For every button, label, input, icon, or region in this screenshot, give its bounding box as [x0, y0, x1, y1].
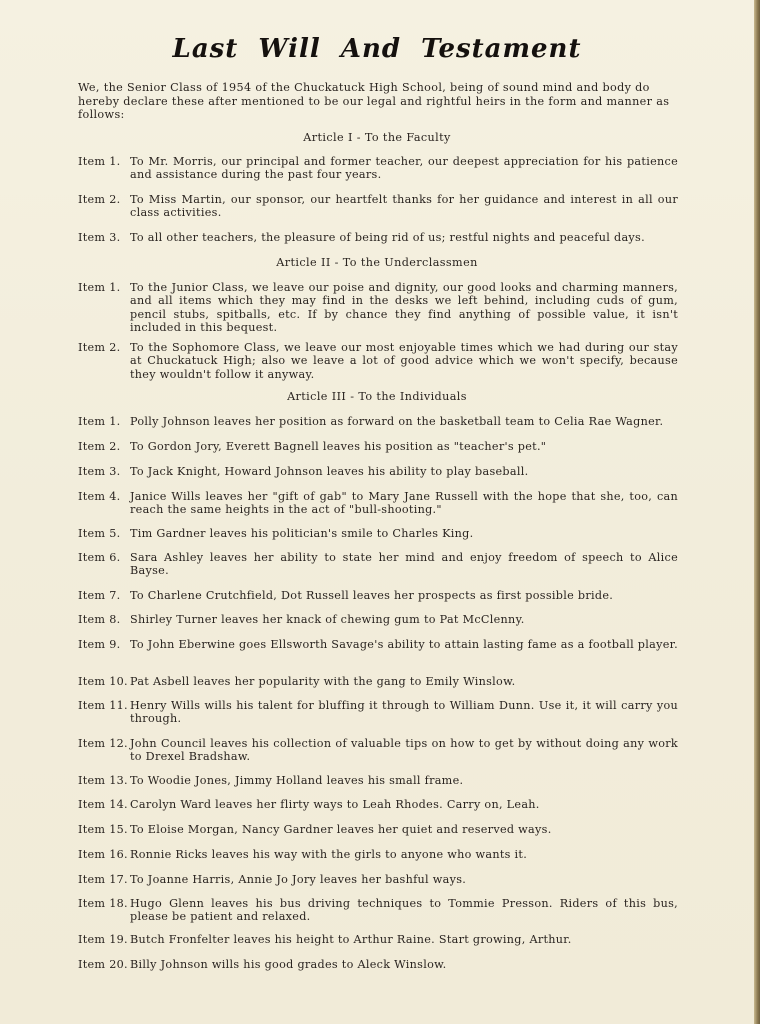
list-item: Item 15. To Eloise Morgan, Nancy Gardner… [78, 823, 678, 836]
item-text: To the Junior Class, we leave our poise … [130, 281, 678, 335]
item-text: Ronnie Ricks leaves his way with the gir… [130, 848, 678, 861]
page-title: Last Will And Testament [0, 34, 754, 64]
item-label: Item 13. [78, 774, 130, 787]
item-label: Item 20. [78, 958, 130, 971]
item-text: To Miss Martin, our sponsor, our heartfe… [130, 193, 678, 220]
item-label: Item 2. [78, 440, 130, 453]
list-item: Item 11. Henry Wills wills his talent fo… [78, 699, 678, 726]
item-text: Billy Johnson wills his good grades to A… [130, 958, 678, 971]
item-label: Item 11. [78, 699, 130, 726]
list-item: Item 13. To Woodie Jones, Jimmy Holland … [78, 774, 678, 787]
item-text: Janice Wills leaves her "gift of gab" to… [130, 490, 678, 517]
item-label: Item 10. [78, 675, 130, 688]
item-label: Item 3. [78, 465, 130, 478]
item-text: To Charlene Crutchfield, Dot Russell lea… [130, 589, 678, 602]
list-item: Item 1. To the Junior Class, we leave ou… [78, 281, 678, 335]
list-item: Item 7. To Charlene Crutchfield, Dot Rus… [78, 589, 678, 602]
item-label: Item 5. [78, 527, 130, 540]
item-text: John Council leaves his collection of va… [130, 737, 678, 764]
item-label: Item 2. [78, 341, 130, 381]
item-label: Item 7. [78, 589, 130, 602]
list-item: Item 2. To Miss Martin, our sponsor, our… [78, 193, 678, 220]
item-text: To Gordon Jory, Everett Bagnell leaves h… [130, 440, 678, 453]
list-item: Item 10. Pat Asbell leaves her popularit… [78, 675, 678, 688]
item-text: Sara Ashley leaves her ability to state … [130, 551, 678, 578]
list-item: Item 1. Polly Johnson leaves her positio… [78, 415, 678, 428]
item-text: To Jack Knight, Howard Johnson leaves hi… [130, 465, 678, 478]
item-text: To Joanne Harris, Annie Jo Jory leaves h… [130, 873, 678, 886]
article-heading: Article II - To the Underclassmen [0, 256, 754, 269]
item-text: To all other teachers, the pleasure of b… [130, 231, 678, 244]
item-label: Item 3. [78, 231, 130, 244]
list-item: Item 2. To the Sophomore Class, we leave… [78, 341, 678, 381]
list-item: Item 17. To Joanne Harris, Annie Jo Jory… [78, 873, 678, 886]
item-label: Item 1. [78, 281, 130, 335]
intro-paragraph: We, the Senior Class of 1954 of the Chuc… [78, 81, 678, 122]
item-label: Item 12. [78, 737, 130, 764]
item-label: Item 18. [78, 897, 130, 924]
list-item: Item 9. To John Eberwine goes Ellsworth … [78, 638, 678, 651]
item-text: Pat Asbell leaves her popularity with th… [130, 675, 678, 688]
article-heading: Article I - To the Faculty [0, 131, 754, 144]
item-label: Item 2. [78, 193, 130, 220]
list-item: Item 14. Carolyn Ward leaves her flirty … [78, 798, 678, 811]
item-text: To the Sophomore Class, we leave our mos… [130, 341, 678, 381]
list-item: Item 19. Butch Fronfelter leaves his hei… [78, 933, 678, 946]
item-text: Hugo Glenn leaves his bus driving techni… [130, 897, 678, 924]
item-label: Item 6. [78, 551, 130, 578]
list-item: Item 12. John Council leaves his collect… [78, 737, 678, 764]
item-label: Item 1. [78, 415, 130, 428]
list-item: Item 6. Sara Ashley leaves her ability t… [78, 551, 678, 578]
list-item: Item 16. Ronnie Ricks leaves his way wit… [78, 848, 678, 861]
item-label: Item 14. [78, 798, 130, 811]
list-item: Item 2. To Gordon Jory, Everett Bagnell … [78, 440, 678, 453]
item-text: Tim Gardner leaves his politician's smil… [130, 527, 678, 540]
item-text: To Eloise Morgan, Nancy Gardner leaves h… [130, 823, 678, 836]
item-label: Item 19. [78, 933, 130, 946]
list-item: Item 1. To Mr. Morris, our principal and… [78, 155, 678, 182]
item-text: To John Eberwine goes Ellsworth Savage's… [130, 638, 678, 651]
yearbook-page: Last Will And Testament We, the Senior C… [0, 0, 754, 1024]
item-label: Item 9. [78, 638, 130, 651]
list-item: Item 3. To Jack Knight, Howard Johnson l… [78, 465, 678, 478]
list-item: Item 5. Tim Gardner leaves his politicia… [78, 527, 678, 540]
list-item: Item 20. Billy Johnson wills his good gr… [78, 958, 678, 971]
item-text: Butch Fronfelter leaves his height to Ar… [130, 933, 678, 946]
page-spine-edge [754, 0, 760, 1024]
item-text: Carolyn Ward leaves her flirty ways to L… [130, 798, 678, 811]
item-text: Shirley Turner leaves her knack of chewi… [130, 613, 678, 626]
item-label: Item 17. [78, 873, 130, 886]
item-text: To Woodie Jones, Jimmy Holland leaves hi… [130, 774, 678, 787]
list-item: Item 8. Shirley Turner leaves her knack … [78, 613, 678, 626]
list-item: Item 4. Janice Wills leaves her "gift of… [78, 490, 678, 517]
list-item: Item 18. Hugo Glenn leaves his bus drivi… [78, 897, 678, 924]
article-heading: Article III - To the Individuals [0, 390, 754, 403]
item-label: Item 4. [78, 490, 130, 517]
item-label: Item 8. [78, 613, 130, 626]
item-text: To Mr. Morris, our principal and former … [130, 155, 678, 182]
item-text: Henry Wills wills his talent for bluffin… [130, 699, 678, 726]
item-label: Item 15. [78, 823, 130, 836]
item-label: Item 1. [78, 155, 130, 182]
item-text: Polly Johnson leaves her position as for… [130, 415, 678, 428]
item-label: Item 16. [78, 848, 130, 861]
list-item: Item 3. To all other teachers, the pleas… [78, 231, 678, 244]
